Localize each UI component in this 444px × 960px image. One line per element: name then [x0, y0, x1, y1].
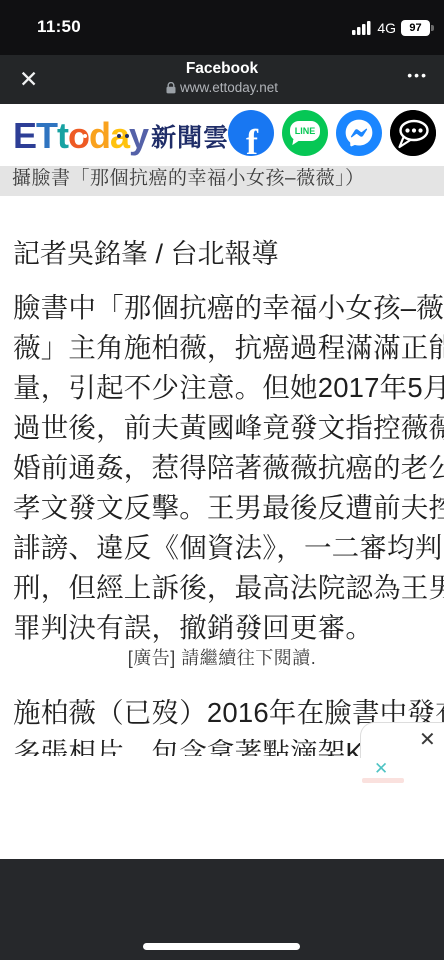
messenger-share-icon[interactable]	[336, 110, 382, 156]
browser-header: ✕ Facebook www.ettoday.net •••	[0, 55, 444, 104]
battery-icon: 97	[401, 20, 430, 36]
article-paragraph-1: 臉書中「那個抗癌的幸福小女孩–薇薇」主角施柏薇，抗癌過程滿滿正能量，引起不少注意…	[13, 288, 437, 648]
ettoday-logo-suffix: 新聞雲	[151, 123, 229, 153]
page-url: www.ettoday.net	[180, 80, 278, 95]
bottom-system-bar	[0, 859, 444, 960]
photo-caption-text: 攝臉書「那個抗癌的幸福小女孩–薇薇」）	[12, 166, 444, 190]
photo-caption-bar: 攝臉書「那個抗癌的幸福小女孩–薇薇」）	[0, 166, 444, 196]
url-row: www.ettoday.net	[0, 80, 444, 95]
status-indicators: 4G 97	[352, 20, 430, 36]
ettoday-logo[interactable]: ETtoday 新聞雲	[13, 119, 229, 153]
comment-bubble-icon	[390, 110, 436, 156]
status-bar: 11:50 4G 97	[0, 0, 444, 55]
network-type-label: 4G	[377, 20, 396, 36]
ettoday-logo-letters: ETtoday	[13, 119, 148, 153]
battery-percent: 97	[409, 22, 421, 34]
browser-title-block: Facebook www.ettoday.net	[0, 59, 444, 95]
ad-close-icon[interactable]: ✕	[419, 729, 436, 751]
article-byline: 記者吳銘峯 / 台北報導	[13, 232, 279, 271]
ad-secondary-close-icon[interactable]: ✕	[374, 759, 388, 779]
home-indicator[interactable]	[143, 943, 300, 950]
battery-nub	[431, 25, 434, 31]
cellular-signal-icon	[352, 21, 372, 35]
site-header: ETtoday 新聞雲 f LINE	[0, 104, 444, 166]
messenger-bolt-icon	[343, 117, 375, 149]
line-label: LINE	[295, 126, 316, 136]
browser-menu-button[interactable]: •••	[407, 67, 428, 83]
facebook-f-glyph: f	[246, 121, 258, 156]
social-share-row: f LINE	[228, 110, 436, 156]
browser-title: Facebook	[0, 59, 444, 79]
facebook-share-icon[interactable]: f	[228, 110, 274, 156]
lock-icon	[166, 82, 176, 94]
ad-continue-notice: [廣告] 請繼續往下閱讀.	[0, 644, 444, 670]
line-share-icon[interactable]: LINE	[282, 110, 328, 156]
ad-content-fragment	[362, 778, 404, 783]
status-time: 11:50	[37, 17, 81, 37]
comment-share-icon[interactable]	[390, 110, 436, 156]
phone-screen: 11:50 4G 97 ✕ Facebook	[0, 0, 444, 960]
line-bubble: LINE	[290, 121, 320, 141]
